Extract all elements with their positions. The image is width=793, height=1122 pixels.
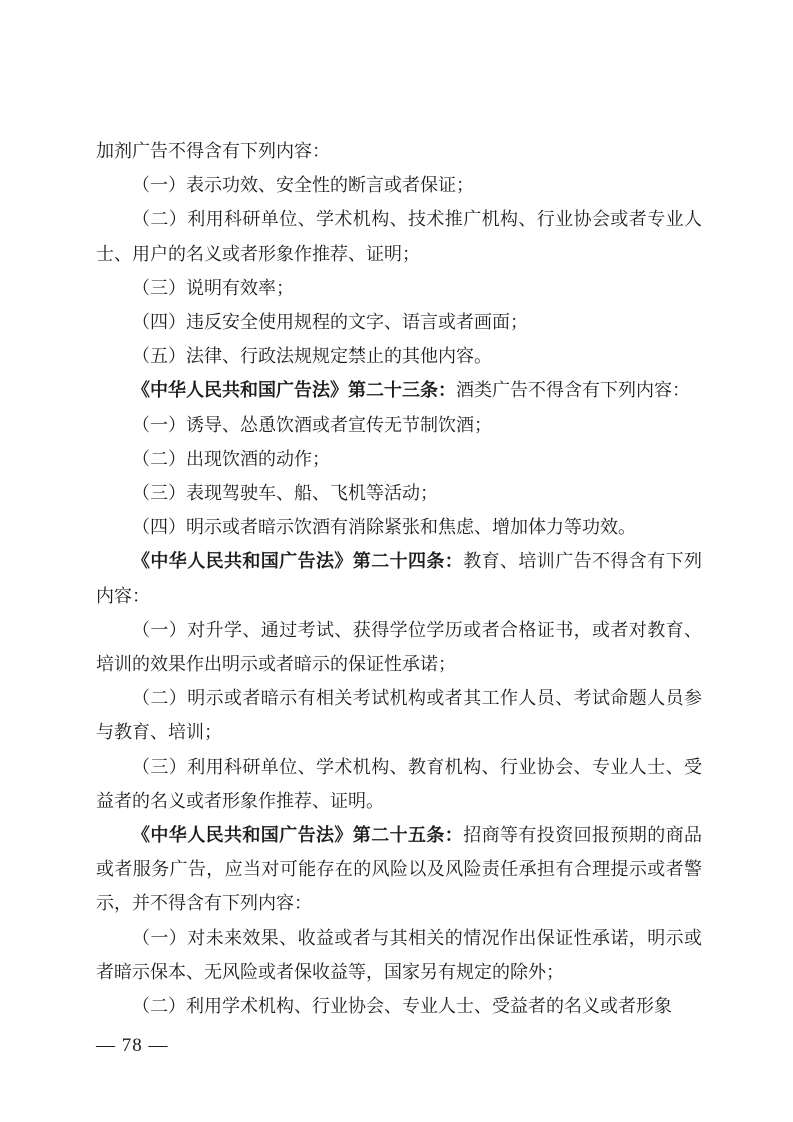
paragraph: （四）违反安全使用规程的文字、语言或者画面；	[96, 305, 702, 339]
article-heading-paragraph: 《中华人民共和国广告法》第二十五条：招商等有投资回报预期的商品或者服务广告，应当…	[96, 818, 702, 921]
paragraph: （三）利用科研单位、学术机构、教育机构、行业协会、专业人士、受益者的名义或者形象…	[96, 750, 702, 818]
paragraph: （一）对升学、通过考试、获得学位学历或者合格证书，或者对教育、培训的效果作出明示…	[96, 613, 702, 681]
page-background: 加剂广告不得含有下列内容：（一）表示功效、安全性的断言或者保证；（二）利用科研单…	[0, 0, 793, 1122]
paragraph: （一）诱导、怂恿饮酒或者宣传无节制饮酒；	[96, 408, 702, 442]
article-number-label: 《中华人民共和国广告法》第二十五条：	[132, 825, 463, 845]
article-text: 酒类广告不得含有下列内容：	[456, 380, 690, 400]
paragraph: 加剂广告不得含有下列内容：	[96, 134, 702, 168]
article-number-label: 《中华人民共和国广告法》第二十三条：	[132, 380, 456, 400]
paragraph: （二）利用学术机构、行业协会、专业人士、受益者的名义或者形象	[96, 989, 702, 1023]
paragraph: （四）明示或者暗示饮酒有消除紧张和焦虑、增加体力等功效。	[96, 510, 702, 544]
paragraph: （二）出现饮酒的动作；	[96, 442, 702, 476]
article-heading-paragraph: 《中华人民共和国广告法》第二十四条：教育、培训广告不得含有下列内容：	[96, 544, 702, 612]
paragraph: （一）表示功效、安全性的断言或者保证；	[96, 168, 702, 202]
page-number: — 78 —	[96, 1034, 169, 1058]
document-body: 加剂广告不得含有下列内容：（一）表示功效、安全性的断言或者保证；（二）利用科研单…	[96, 134, 702, 1023]
paragraph: （三）说明有效率；	[96, 271, 702, 305]
paragraph: （五）法律、行政法规规定禁止的其他内容。	[96, 339, 702, 373]
document-page: { "page": { "background": "#ffffff", "te…	[0, 0, 793, 1122]
article-heading-paragraph: 《中华人民共和国广告法》第二十三条：酒类广告不得含有下列内容：	[96, 373, 702, 407]
paragraph: （三）表现驾驶车、船、飞机等活动；	[96, 476, 702, 510]
article-number-label: 《中华人民共和国广告法》第二十四条：	[132, 551, 463, 571]
paragraph: （二）明示或者暗示有相关考试机构或者其工作人员、考试命题人员参与教育、培训；	[96, 681, 702, 749]
paragraph: （二）利用科研单位、学术机构、技术推广机构、行业协会或者专业人士、用户的名义或者…	[96, 202, 702, 270]
paragraph: （一）对未来效果、收益或者与其相关的情况作出保证性承诺，明示或者暗示保本、无风险…	[96, 921, 702, 989]
